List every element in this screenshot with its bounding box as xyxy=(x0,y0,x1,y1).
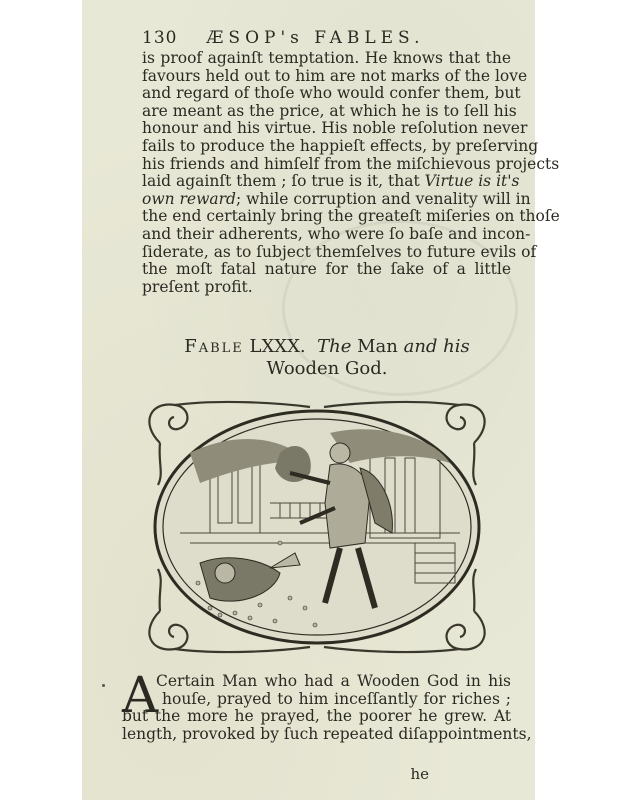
text-line: own reward; while corruption and venalit… xyxy=(142,191,511,209)
fable-title-line2: Wooden God. xyxy=(137,358,517,380)
woodcut-illustration xyxy=(130,393,504,661)
moral-paragraph: is proof againſt temptation. He knows th… xyxy=(142,50,511,296)
text-line: length, provoked by ſuch repeated diſapp… xyxy=(122,726,511,744)
title-word: Man xyxy=(357,336,398,357)
text-line: ſiderate, as to ſubject themſelves to fu… xyxy=(142,244,511,262)
text-line: fails to produce the happieſt effects, b… xyxy=(142,138,511,156)
text-line: honour and his virtue. His noble reſolut… xyxy=(142,120,511,138)
italic-quote: own reward xyxy=(142,190,236,208)
text-fragment: laid againſt them ; ſo true is it, that xyxy=(142,172,420,190)
text-line: Certain Man who had a Wooden God in his xyxy=(122,673,511,691)
italic-quote: Virtue is it's xyxy=(425,172,520,190)
title-word: and his xyxy=(404,336,470,357)
text-line: favours held out to him are not marks of… xyxy=(142,68,511,86)
text-line: are meant as the price, at which he is t… xyxy=(142,103,511,121)
text-line: houſe, prayed to him inceſſantly for ric… xyxy=(122,691,511,709)
fable-heading: Fable LXXX. The Man and his Wooden God. xyxy=(137,336,517,380)
text-line: is proof againſt temptation. He knows th… xyxy=(142,50,511,68)
text-line: and regard of thoſe who would confer the… xyxy=(142,85,511,103)
page-number: 130 xyxy=(142,28,200,48)
text-line: preſent profit. xyxy=(142,279,511,297)
book-page: 130 ÆSOP's FABLES. is proof againſt temp… xyxy=(82,0,535,800)
fable-label: Fable xyxy=(184,336,244,357)
fable-number: LXXX. xyxy=(250,336,306,357)
fable-paragraph: Certain Man who had a Wooden God in his … xyxy=(122,673,511,743)
text-line: the end certainly bring the greateſt miſ… xyxy=(142,208,511,226)
text-line: but the more he prayed, the poorer he gr… xyxy=(122,708,511,726)
text-fragment: ; while corruption and venality will in xyxy=(236,190,531,208)
margin-speck xyxy=(102,684,105,687)
running-head: 130 ÆSOP's FABLES. xyxy=(142,28,522,48)
book-title: ÆSOP's FABLES. xyxy=(206,28,424,48)
catchword: he xyxy=(410,765,429,783)
text-line: laid againſt them ; ſo true is it, that … xyxy=(142,173,511,191)
title-word: The xyxy=(317,336,351,357)
text-line: the moſt fatal nature for the ſake of a … xyxy=(142,261,511,279)
text-line: and their adherents, who were ſo baſe an… xyxy=(142,226,511,244)
text-line: his friends and himſelf from the miſchie… xyxy=(142,156,511,174)
